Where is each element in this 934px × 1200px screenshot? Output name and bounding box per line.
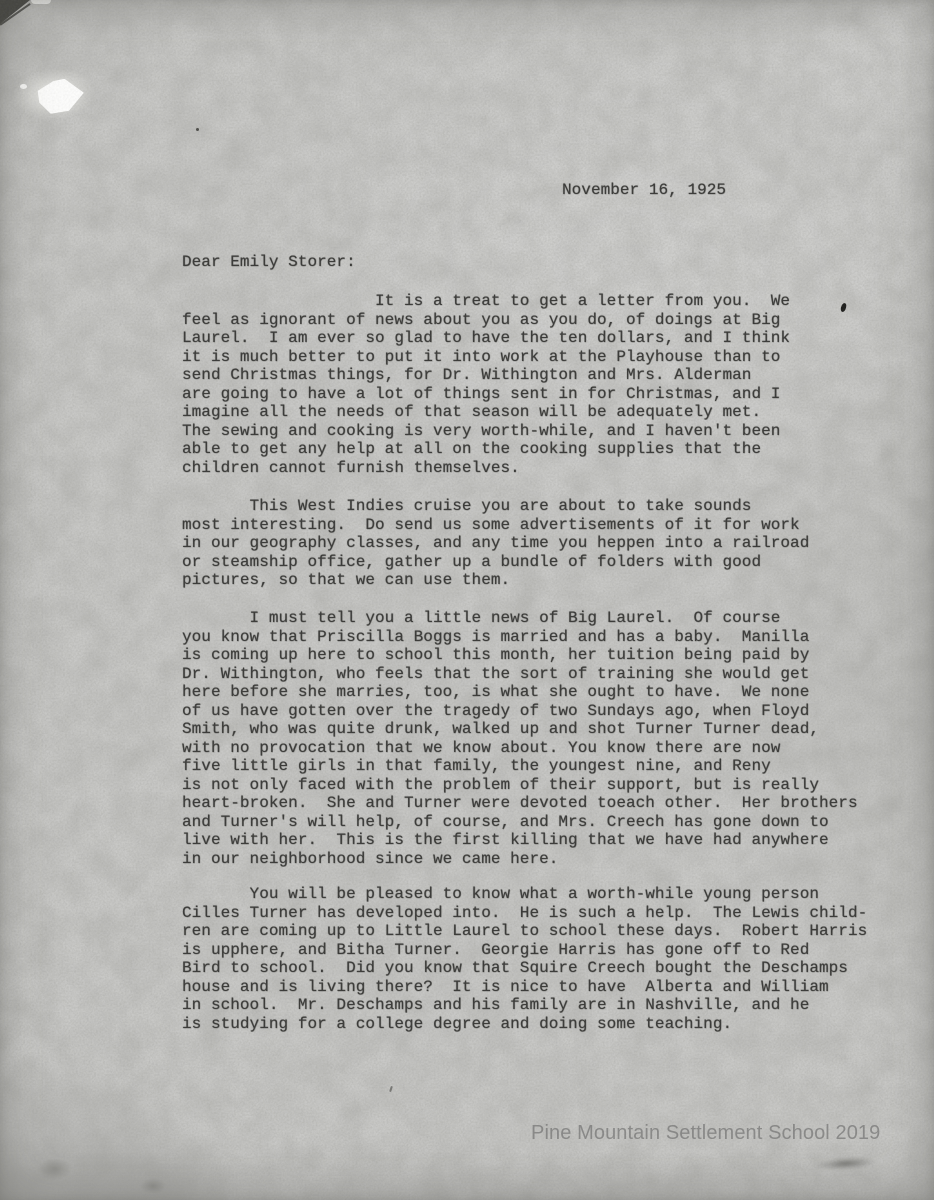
letter-salutation: Dear Emily Storer: xyxy=(182,253,356,272)
watermark: Pine Mountain Settlement School 2019 xyxy=(531,1122,880,1144)
top-edge-notch xyxy=(31,0,51,4)
pencil-smudge xyxy=(815,1155,878,1172)
ink-speck xyxy=(840,303,847,313)
letter-paragraph-4: You will be pleased to know what a worth… xyxy=(182,885,867,1033)
letter-paragraph-2: This West Indies cruise you are about to… xyxy=(182,497,809,590)
scanned-letter-page: November 16, 1925 Dear Emily Storer: It … xyxy=(0,0,934,1200)
foxing-stain xyxy=(140,1178,166,1194)
foxing-stain xyxy=(38,1158,72,1180)
torn-spot-fleck xyxy=(20,84,27,89)
letter-paragraph-1: It is a treat to get a letter from you. … xyxy=(182,292,790,477)
ink-speck xyxy=(389,1086,393,1092)
letter-paragraph-3: I must tell you a little news of Big Lau… xyxy=(182,609,858,868)
letter-date: November 16, 1925 xyxy=(562,181,726,200)
ink-speck xyxy=(196,128,199,131)
